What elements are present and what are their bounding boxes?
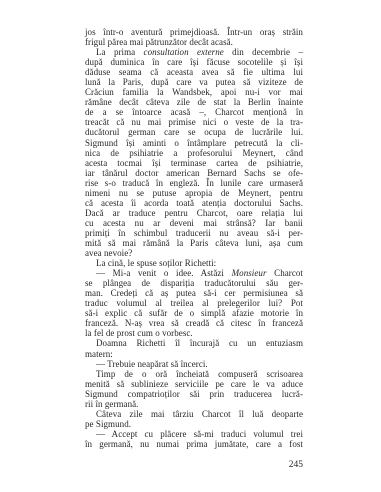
text-line: Dacă ar traduce pentru Charcot, oare rel… [85,208,303,218]
text-line: — Mi-a venit o idee. Astăzi Monsieur Cha… [85,268,303,278]
page-number: 245 [85,460,303,470]
text-line: — Accept cu plăcere să-mi traduci volumu… [85,429,303,439]
text-line: cu acesta nu ar deveni mai strânsă? Iar … [85,218,303,228]
text-line: se plângea de dispariția traducătorului … [85,278,303,288]
text-line: după duminica în care își făcuse socotel… [85,57,303,67]
text-line: — Trebuie neapărat să încerci. [85,359,303,369]
text-line: menită să sublinieze serviciile pe care … [85,379,303,389]
text-line: treacăt că nu mai primise nici o veste d… [85,117,303,127]
text-line: rămâne decât câteva zile de stat la Berl… [85,97,303,107]
text-line: dăduse seama că aceasta avea să fie ulti… [85,67,303,77]
text-line: Doamna Richetti îl încurajă cu un entuzi… [85,338,303,348]
text-line: rise s-o traducă în engleză. În lunile c… [85,178,303,188]
text-line: nica de psihiatrie a profesorului Meyner… [85,148,303,158]
text-line: în germană, nu numai prima jumătate, car… [85,439,303,449]
text-line: acesta tocmai își terminase cartea de ps… [85,158,303,168]
text-line: rii în germană. [85,399,303,409]
text-line: de a se întoarce acasă –, Charcot mențio… [85,107,303,117]
text-line: iar tânărul doctor american Bernard Sach… [85,168,303,178]
text-line: ducătorul german care se ocupa de lucrăr… [85,127,303,137]
text-line: traduc volumul al treilea al prelegerilo… [85,298,303,308]
text-line: Crăciun familia la Wandsbek, apoi nu-i v… [85,87,303,97]
text-line: că acesta îi acorda toată atenția doctor… [85,198,303,208]
text-line: Timp de o oră încheiată compuseră scriso… [85,369,303,379]
text-line: nimeni nu se putuse apropia de Meynert, … [85,188,303,198]
text-line: La cină, le spuse soților Richetti: [85,258,303,268]
text-line: franceză. N-aș vrea să creadă că citesc … [85,318,303,328]
text-line: frigul părea mai pătrunzător decât acasă… [85,37,303,47]
text-line: Câteva zile mai târziu Charcot îl luă de… [85,409,303,419]
text-line: La prima consultation externe din decemb… [85,47,303,57]
text-line: mită să mai rămână la Paris câteva luni,… [85,238,303,248]
text-line: Sigmund își aminti o întâmplare petrecut… [85,138,303,148]
text-line: avea nevoie? [85,248,303,258]
text-line: pe Sigmund. [85,419,303,429]
text-line: matern: [85,349,303,359]
text-line: la fel de prost cum o vorbesc. [85,328,303,338]
text-line: să-i explic că sufăr de o simplă afazie … [85,308,303,318]
text-line: primiți în schimbul traducerii nu aveau … [85,228,303,238]
text-line: lună la Paris, după care va putea să viz… [85,77,303,87]
text-line: Sigmund compatrioților săi prin traducer… [85,389,303,399]
text-line: jos într-o aventură primejdioasă. Într-u… [85,27,303,37]
text-line: man. Credeți că aș putea să-i cer permis… [85,288,303,298]
book-page: jos într-o aventură primejdioasă. Într-u… [0,0,381,492]
text-block: jos într-o aventură primejdioasă. Într-u… [85,27,303,449]
